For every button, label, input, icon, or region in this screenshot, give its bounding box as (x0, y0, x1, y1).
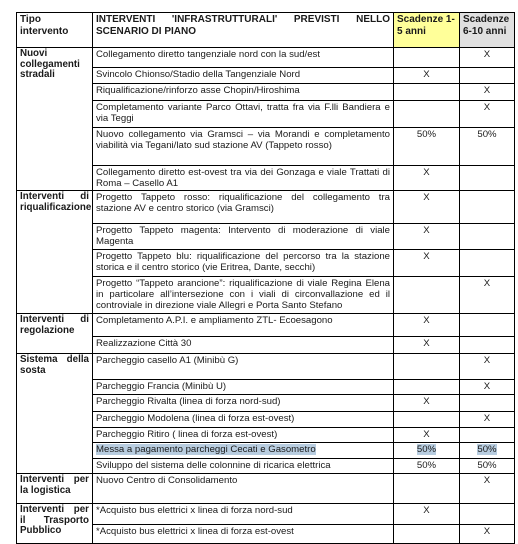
description-cell: Messa a pagamento parcheggi Cecati e Gas… (93, 443, 394, 459)
description-text: Progetto Tappeto blu: riqualificazione d… (96, 251, 390, 273)
description-text: Svincolo Chionso/Stadio della Tangenzial… (96, 69, 300, 80)
deadline-value: X (423, 396, 429, 407)
category-cell: Sistema della sosta (17, 354, 93, 474)
category-cell: Nuovi collegamenti stradali (17, 48, 93, 191)
category-cell: Interventi di regolazione (17, 314, 93, 354)
deadline-value: X (423, 315, 429, 326)
deadline-6-10-cell: X (460, 380, 515, 395)
deadline-6-10-cell (460, 191, 515, 224)
description-text: Collegamento diretto est-ovest tra via d… (96, 167, 390, 189)
deadline-6-10-cell: 50% (460, 459, 515, 474)
deadline-value: X (423, 338, 429, 349)
deadline-value: 50% (417, 444, 436, 455)
description-cell: Completamento variante Parco Ottavi, tra… (93, 101, 394, 128)
table-row: Interventi di riqualificazioneProgetto T… (17, 191, 515, 224)
deadline-1-5-cell: 50% (394, 443, 460, 459)
category-cell: Interventi per il Trasporto Pubblico (17, 504, 93, 544)
description-cell: *Acquisto bus elettrici x linea di forza… (93, 525, 394, 544)
description-cell: *Acquisto bus elettrici x linea di forza… (93, 504, 394, 525)
deadline-value: X (423, 225, 429, 236)
table-row: Nuovi collegamenti stradaliCollegamento … (17, 48, 515, 68)
description-text: Sviluppo del sistema delle colonnine di … (96, 460, 331, 471)
deadline-1-5-cell: X (394, 337, 460, 354)
description-text: Realizzazione Città 30 (96, 338, 191, 349)
deadline-1-5-cell: X (394, 250, 460, 277)
header-scadenze-1-5: Scadenze 1-5 anni (394, 13, 460, 48)
description-cell: Progetto Tappeto blu: riqualificazione d… (93, 250, 394, 277)
deadline-6-10-cell (460, 428, 515, 443)
deadline-1-5-cell: X (394, 504, 460, 525)
deadline-1-5-cell (394, 84, 460, 101)
description-cell: Parcheggio Ritiro ( linea di forza est-o… (93, 428, 394, 443)
deadline-1-5-cell: 50% (394, 459, 460, 474)
deadline-value: X (484, 278, 490, 289)
deadline-value: 50% (477, 129, 496, 140)
deadline-6-10-cell: X (460, 277, 515, 314)
description-text: *Acquisto bus elettrici x linea di forza… (96, 505, 293, 516)
description-cell: Progetto Tappeto magenta: Intervento di … (93, 224, 394, 250)
description-text: Riqualificazione/rinforzo asse Chopin/Hi… (96, 85, 300, 96)
description-text: Progetto Tappeto rosso: riqualificazione… (96, 192, 390, 214)
description-cell: Svincolo Chionso/Stadio della Tangenzial… (93, 68, 394, 84)
description-cell: Parcheggio casello A1 (Minibù G) (93, 354, 394, 380)
deadline-value: X (423, 192, 429, 203)
deadline-1-5-cell (394, 101, 460, 128)
deadline-value: 50% (417, 460, 436, 471)
deadline-value: X (484, 102, 490, 113)
deadline-1-5-cell (394, 277, 460, 314)
description-text: Parcheggio casello A1 (Minibù G) (96, 355, 238, 366)
description-cell: Riqualificazione/rinforzo asse Chopin/Hi… (93, 84, 394, 101)
deadline-6-10-cell: X (460, 412, 515, 428)
deadline-6-10-cell: 50% (460, 128, 515, 166)
header-row: Tipo intervento INTERVENTI 'INFRASTRUTTU… (17, 13, 515, 48)
deadline-1-5-cell: X (394, 395, 460, 412)
description-text: *Acquisto bus elettrici x linea di forza… (96, 526, 294, 537)
deadline-1-5-cell: X (394, 68, 460, 84)
deadline-6-10-cell (460, 250, 515, 277)
deadline-6-10-cell (460, 314, 515, 337)
deadline-value: X (423, 505, 429, 516)
deadline-value: X (423, 69, 429, 80)
deadline-value: X (484, 85, 490, 96)
deadline-value: X (484, 49, 490, 60)
deadline-1-5-cell (394, 474, 460, 504)
header-scadenze-6-10: Scadenze 6-10 anni (460, 13, 515, 48)
deadline-value: 50% (477, 460, 496, 471)
deadline-1-5-cell (394, 354, 460, 380)
deadline-1-5-cell: X (394, 224, 460, 250)
table-row: Interventi per la logisticaNuovo Centro … (17, 474, 515, 504)
description-text: Collegamento diretto tangenziale nord co… (96, 49, 320, 60)
deadline-1-5-cell: X (394, 166, 460, 191)
deadline-value: X (423, 251, 429, 262)
category-cell: Interventi per la logistica (17, 474, 93, 504)
description-cell: Completamento A.P.I. e ampliamento ZTL- … (93, 314, 394, 337)
header-tipo-intervento: Tipo intervento (17, 13, 93, 48)
table-row: Interventi per il Trasporto Pubblico*Acq… (17, 504, 515, 525)
table-row: Sistema della sostaParcheggio casello A1… (17, 354, 515, 380)
description-cell: Collegamento diretto est-ovest tra via d… (93, 166, 394, 191)
deadline-value: X (484, 526, 490, 537)
category-cell: Interventi di riqualificazione (17, 191, 93, 314)
deadline-6-10-cell: X (460, 48, 515, 68)
interventions-table: Tipo intervento INTERVENTI 'INFRASTRUTTU… (16, 12, 515, 544)
deadline-1-5-cell (394, 525, 460, 544)
description-cell: Sviluppo del sistema delle colonnine di … (93, 459, 394, 474)
deadline-1-5-cell (394, 412, 460, 428)
description-cell: Parcheggio Francia (Minibù U) (93, 380, 394, 395)
deadline-value: X (423, 167, 429, 178)
deadline-1-5-cell (394, 48, 460, 68)
deadline-6-10-cell: 50% (460, 443, 515, 459)
description-cell: Progetto “Tappeto arancione”: riqualific… (93, 277, 394, 314)
description-text: Progetto Tappeto magenta: Intervento di … (96, 225, 390, 247)
deadline-6-10-cell: X (460, 354, 515, 380)
deadline-6-10-cell (460, 68, 515, 84)
description-text: Parcheggio Modolena (linea di forza est-… (96, 413, 294, 424)
table-row: Interventi di regolazioneCompletamento A… (17, 314, 515, 337)
deadline-value: 50% (417, 129, 436, 140)
description-text: Nuovo Centro di Consolidamento (96, 475, 237, 486)
description-text: Completamento variante Parco Ottavi, tra… (96, 102, 390, 124)
description-cell: Collegamento diretto tangenziale nord co… (93, 48, 394, 68)
description-cell: Nuovo collegamento via Gramsci – via Mor… (93, 128, 394, 166)
deadline-value: X (484, 475, 490, 486)
deadline-1-5-cell: X (394, 428, 460, 443)
description-text: Parcheggio Ritiro ( linea di forza est-o… (96, 429, 277, 440)
deadline-6-10-cell (460, 395, 515, 412)
description-text: Progetto “Tappeto arancione”: riqualific… (96, 278, 390, 311)
deadline-6-10-cell: X (460, 474, 515, 504)
deadline-6-10-cell (460, 166, 515, 191)
deadline-6-10-cell: X (460, 525, 515, 544)
description-text: Completamento A.P.I. e ampliamento ZTL- … (96, 315, 333, 326)
deadline-1-5-cell (394, 380, 460, 395)
deadline-6-10-cell: X (460, 101, 515, 128)
deadline-6-10-cell (460, 337, 515, 354)
deadline-6-10-cell (460, 224, 515, 250)
deadline-value: 50% (477, 444, 496, 455)
description-cell: Parcheggio Rivalta (linea di forza nord-… (93, 395, 394, 412)
deadline-6-10-cell (460, 504, 515, 525)
deadline-value: X (484, 381, 490, 392)
description-text: Parcheggio Rivalta (linea di forza nord-… (96, 396, 281, 407)
description-text: Parcheggio Francia (Minibù U) (96, 381, 226, 392)
description-cell: Realizzazione Città 30 (93, 337, 394, 354)
description-cell: Progetto Tappeto rosso: riqualificazione… (93, 191, 394, 224)
deadline-value: X (423, 429, 429, 440)
deadline-6-10-cell: X (460, 84, 515, 101)
deadline-1-5-cell: X (394, 314, 460, 337)
description-cell: Nuovo Centro di Consolidamento (93, 474, 394, 504)
header-interventi: INTERVENTI 'INFRASTRUTTURALI' PREVISTI N… (93, 13, 394, 48)
description-text: Nuovo collegamento via Gramsci – via Mor… (96, 129, 390, 151)
deadline-1-5-cell: 50% (394, 128, 460, 166)
description-cell: Parcheggio Modolena (linea di forza est-… (93, 412, 394, 428)
description-text: Messa a pagamento parcheggi Cecati e Gas… (96, 444, 316, 455)
table-body: Nuovi collegamenti stradaliCollegamento … (17, 48, 515, 544)
deadline-1-5-cell: X (394, 191, 460, 224)
deadline-value: X (484, 413, 490, 424)
deadline-value: X (484, 355, 490, 366)
